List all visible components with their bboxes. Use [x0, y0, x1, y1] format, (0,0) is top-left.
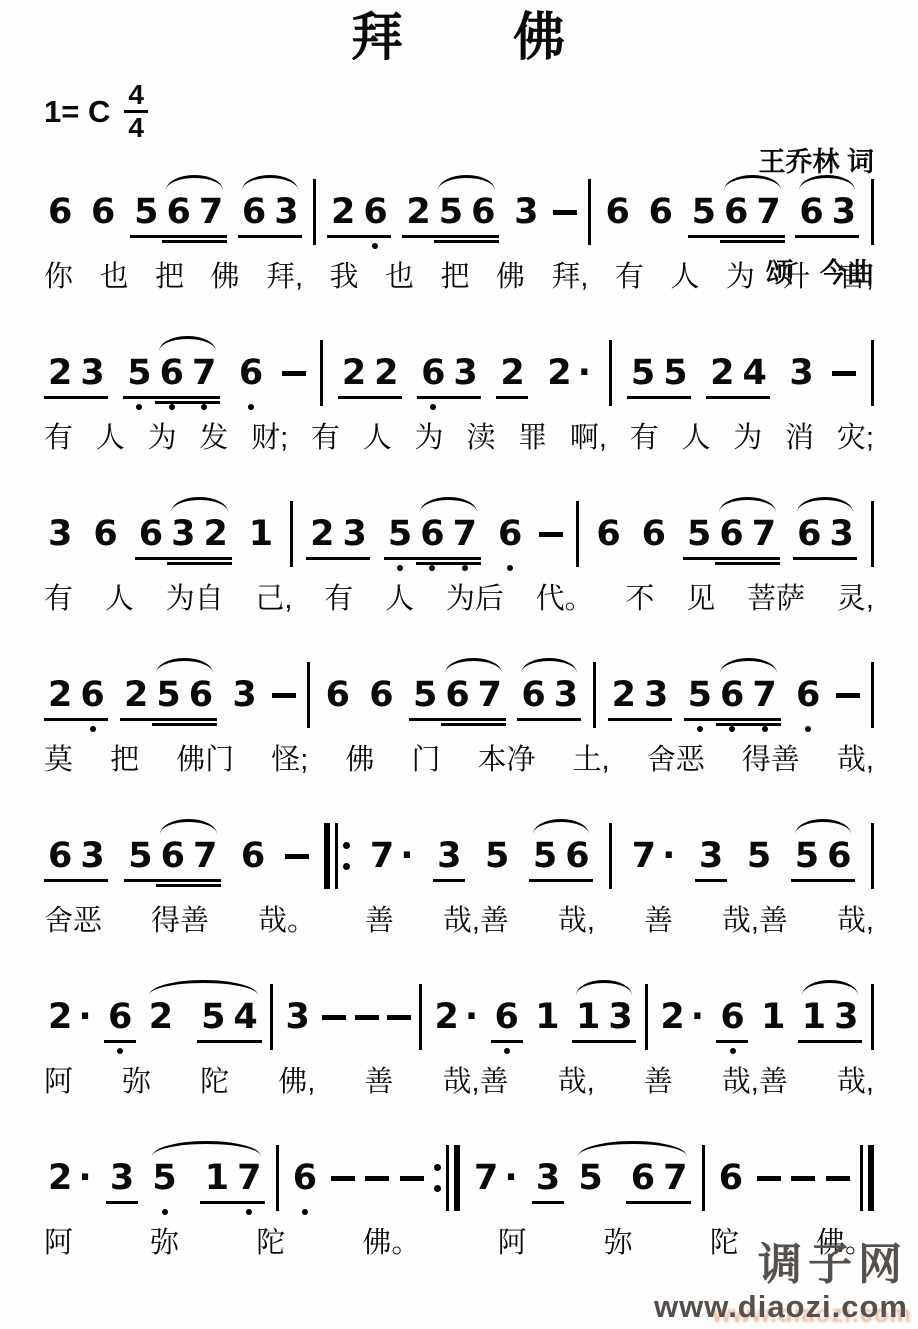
lyrics-line: 有人为发财;有人为渎罪啊,有人为消灾;: [44, 419, 874, 457]
lyric-syllable: 把: [110, 741, 139, 779]
slur-arc: [797, 497, 853, 515]
watermark-site-name: 调子网: [654, 1241, 908, 1289]
lyric-syllable: 为后: [446, 580, 504, 618]
note: 2: [120, 676, 152, 714]
note: 6: [638, 515, 670, 553]
note: 2·: [44, 998, 96, 1036]
note-group: 567: [124, 837, 221, 875]
lyric-syllable: 发: [199, 419, 228, 457]
note: 5: [683, 515, 715, 553]
repeat-dot: [434, 1164, 441, 1171]
time-signature: 4 4: [124, 80, 148, 143]
lyric-syllable: 人: [670, 258, 699, 296]
beam-underline: [200, 1201, 265, 1204]
beam-underline: [120, 718, 217, 721]
note-group: 6: [602, 193, 634, 231]
lyric-syllable: 也: [99, 258, 128, 296]
lyric-syllable: 人: [681, 419, 710, 457]
barline: [871, 340, 874, 406]
lyric-syllable: 把: [440, 258, 469, 296]
lyric-syllable: 有: [44, 580, 73, 618]
low-octave-dot: [302, 1209, 308, 1215]
note-group: 6: [645, 193, 677, 231]
notes-row: 3663212356766656763: [44, 490, 874, 578]
header-meta: 1= C 4 4 王乔林 词 颂 今曲: [44, 70, 874, 156]
note: 1: [245, 515, 277, 553]
low-octave-dot: [730, 1048, 736, 1054]
slur-arc: [171, 497, 228, 515]
lyric-syllable: 也: [385, 258, 414, 296]
note: 6: [716, 998, 748, 1036]
lyric-syllable: 你: [44, 258, 73, 296]
note-group: 6: [104, 998, 136, 1036]
lyric-syllable: 舍恶: [44, 902, 102, 940]
lyric-syllable: 人: [385, 580, 414, 618]
note: 7: [752, 193, 784, 231]
lyrics-line: 你也把佛拜,我也把佛拜,有人为升官,: [44, 258, 874, 296]
note-group: 6: [322, 676, 354, 714]
note: 5: [743, 837, 775, 875]
note: 7: [474, 676, 506, 714]
note-group: 63: [793, 515, 858, 553]
slur-arc: [149, 980, 258, 998]
lyric-syllable: 佛: [496, 258, 525, 296]
note: 5: [481, 837, 513, 875]
repeat-dot: [343, 842, 350, 849]
beam-underline: [720, 240, 785, 243]
note-group: 63: [795, 193, 860, 231]
note: 6: [365, 676, 397, 714]
lyric-syllable: 己,: [255, 580, 292, 618]
note: 6: [716, 676, 748, 714]
note: 6: [104, 998, 136, 1036]
note-group: 6: [491, 998, 523, 1036]
barline: [307, 662, 310, 728]
note: 6: [720, 193, 752, 231]
beam-underline: [156, 884, 221, 887]
note: 7·: [470, 1159, 522, 1197]
note-group: 13: [572, 998, 637, 1036]
notes-row: 66567632625636656763: [44, 168, 874, 256]
barline: [609, 340, 612, 406]
slur-arc: [445, 658, 502, 676]
note: 5: [148, 1159, 180, 1197]
barline: [576, 501, 579, 567]
note-group: 26: [327, 193, 392, 231]
beam-underline: [608, 718, 672, 721]
low-octave-dot: [169, 404, 175, 410]
lyric-syllable: 渎: [466, 419, 495, 457]
note: 5: [197, 998, 229, 1036]
note-group: 63: [417, 354, 482, 392]
note: 6: [322, 676, 354, 714]
note: 1: [531, 998, 563, 1036]
low-octave-dot: [507, 565, 513, 571]
lyric-syllable: 啊,: [570, 419, 607, 457]
note-group: 567: [574, 1159, 691, 1197]
lyric-syllable: 怪;: [271, 741, 308, 779]
slur-arc: [166, 175, 223, 193]
lyric-syllable: 哉,: [558, 902, 595, 940]
lyric-syllable: 哉,: [558, 1063, 595, 1101]
note-group: 6: [592, 515, 624, 553]
lyric-syllable: 有: [630, 419, 659, 457]
lyric-syllable: 弥: [150, 1224, 179, 1262]
notes-row: 2·625432·61132·6113: [44, 973, 874, 1061]
barline: [871, 823, 874, 889]
lyric-syllable: 灾;: [837, 419, 874, 457]
lyric-syllable: 财;: [251, 419, 288, 457]
score-line: 3663212356766656763有人为自己,有人为后代。不见菩萨灵,: [44, 490, 874, 618]
lyric-syllable: 陀: [256, 1224, 285, 1262]
duration-dash: [387, 1015, 411, 1020]
sheet-music-page: 拜 佛 1= C 4 4 王乔林 词 颂 今曲 6656763262563665…: [0, 8, 918, 1262]
slur-arc: [152, 1141, 261, 1159]
score-line: 235676226322·55243有人为发财;有人为渎罪啊,有人为消灾;: [44, 329, 874, 457]
beam-underline: [517, 718, 581, 721]
note-group: 567: [683, 515, 780, 553]
augmentation-dot: ·: [400, 837, 413, 875]
note-group: 6: [494, 515, 526, 553]
beam-underline: [135, 557, 232, 560]
score-line: 66567632625636656763你也把佛拜,我也把佛拜,有人为升官,: [44, 168, 874, 296]
note: 2: [706, 354, 738, 392]
note: 6: [416, 515, 448, 553]
note: 6: [715, 515, 747, 553]
beam-underline: [798, 1040, 862, 1043]
note: 2: [327, 193, 359, 231]
barline: [702, 1145, 705, 1211]
lyrics-line: 莫把佛门怪;佛门本净土,舍恶得善哉,: [44, 741, 874, 779]
note: 2: [338, 354, 370, 392]
low-octave-dot: [397, 565, 403, 571]
note: 5: [627, 354, 659, 392]
beam-underline: [683, 557, 780, 560]
lyric-syllable: 不: [625, 580, 654, 618]
note: 6: [715, 1159, 747, 1197]
note-group: 22: [338, 354, 403, 392]
note: 3: [433, 837, 465, 875]
note-group: 63: [44, 837, 109, 875]
note: 3: [281, 998, 313, 1036]
note-group: 3: [433, 837, 465, 875]
low-octave-dot: [805, 726, 811, 732]
beam-underline: [44, 718, 108, 721]
note-group: 6: [715, 1159, 747, 1197]
note: 3: [532, 1159, 564, 1197]
beam-underline: [167, 562, 232, 565]
note: 6: [417, 354, 449, 392]
note-group: 6: [235, 354, 267, 392]
barline: [871, 662, 874, 728]
note: 2: [402, 193, 434, 231]
beam-underline: [327, 235, 391, 238]
beam-underline: [441, 723, 506, 726]
lyric-syllable: 灵,: [837, 580, 874, 618]
final-barline: [860, 1145, 874, 1211]
low-octave-dot: [430, 404, 436, 410]
beam-underline: [626, 1201, 691, 1204]
note: 6: [237, 837, 269, 875]
low-octave-dot: [201, 404, 207, 410]
beam-underline: [532, 1201, 564, 1204]
note-group: 1: [531, 998, 563, 1036]
barline: [290, 501, 293, 567]
note: 3: [828, 193, 860, 231]
lyric-syllable: 哉,善: [722, 1063, 788, 1101]
lyric-syllable: 哉,善: [442, 1063, 508, 1101]
note-group: 7·: [470, 1159, 522, 1197]
note-group: 2·: [44, 998, 96, 1036]
note-group: 23: [44, 354, 109, 392]
beam-underline: [695, 879, 727, 882]
note: 3: [106, 1159, 138, 1197]
score: 66567632625636656763你也把佛拜,我也把佛拜,有人为升官,23…: [44, 168, 874, 1262]
low-octave-dot: [136, 404, 142, 410]
lyric-syllable: 拜,: [551, 258, 588, 296]
note-group: 6: [44, 193, 76, 231]
note-group: 63: [517, 676, 582, 714]
note: 6: [792, 676, 824, 714]
note-group: 5: [743, 837, 775, 875]
lyric-syllable: 拜,: [266, 258, 303, 296]
low-octave-dot: [429, 565, 435, 571]
lyric-syllable: 善: [364, 1063, 393, 1101]
slur-arc: [720, 658, 777, 676]
low-octave-dot: [117, 1048, 123, 1054]
note-group: 2·: [543, 354, 595, 392]
beam-underline: [684, 718, 781, 721]
beam-underline: [123, 396, 220, 399]
note: 6: [602, 193, 634, 231]
augmentation-dot: ·: [578, 354, 591, 392]
beam-underline: [529, 879, 593, 882]
notes-row: 2·351767·35676: [44, 1134, 874, 1222]
time-signature-top: 4: [124, 80, 148, 113]
beam-underline: [155, 401, 220, 404]
note: 2: [199, 515, 231, 553]
note: 3: [449, 354, 481, 392]
low-octave-dot: [729, 726, 735, 732]
note: 2: [608, 676, 640, 714]
lyric-syllable: 官,: [837, 258, 874, 296]
lyric-syllable: 土,: [573, 741, 610, 779]
duration-dash: [553, 210, 577, 215]
repeat-dots: [343, 842, 350, 870]
repeat-dots: [434, 1164, 441, 1192]
note-group: 6: [237, 837, 269, 875]
repeat-dot: [343, 863, 350, 870]
duration-dash: [400, 1176, 424, 1181]
beam-underline: [433, 879, 465, 882]
augmentation-dot: ·: [78, 1159, 91, 1197]
low-octave-dot: [762, 726, 768, 732]
note: 6: [44, 837, 76, 875]
beam-underline: [627, 396, 691, 399]
note: 2: [306, 515, 338, 553]
lyric-syllable: 有: [311, 419, 340, 457]
note: 6: [517, 676, 549, 714]
notes-row: 6356767·35567·3556: [44, 812, 874, 900]
note: 7: [188, 354, 220, 392]
lyric-syllable: 我: [329, 258, 358, 296]
note: 6: [238, 193, 270, 231]
note-group: 26: [44, 676, 109, 714]
note: 6: [494, 515, 526, 553]
note-group: 23: [608, 676, 673, 714]
note: 3: [167, 515, 199, 553]
note: 5: [409, 676, 441, 714]
duration-dash: [272, 693, 296, 698]
beam-underline: [384, 557, 481, 560]
note: 3: [604, 998, 636, 1036]
beam-underline: [130, 235, 227, 238]
low-octave-dot: [246, 1209, 252, 1215]
note-group: 56: [791, 837, 856, 875]
lyric-syllable: 阿: [44, 1063, 73, 1101]
duration-dash: [826, 1176, 850, 1181]
note: 5: [688, 193, 720, 231]
lyric-syllable: 代。: [536, 580, 594, 618]
note-group: 632: [135, 515, 232, 553]
lyric-syllable: 弥: [604, 1224, 633, 1262]
beam-underline: [197, 1040, 262, 1043]
lyric-syllable: 弥: [122, 1063, 151, 1101]
barline: [270, 984, 273, 1050]
augmentation-dot: ·: [465, 998, 478, 1036]
duration-dash: [322, 1015, 346, 1020]
note-group: 256: [402, 193, 499, 231]
augmentation-dot: ·: [662, 837, 675, 875]
barline: [871, 179, 874, 245]
note: 2·: [543, 354, 595, 392]
lyric-syllable: 哉,: [837, 902, 874, 940]
note-group: 7·: [366, 837, 418, 875]
note: 6: [561, 837, 593, 875]
note-group: 567: [130, 193, 227, 231]
note: 3: [640, 676, 672, 714]
note-group: 6: [289, 1159, 321, 1197]
thick-bar: [454, 1145, 460, 1211]
slur-arc: [521, 658, 577, 676]
barline: [313, 179, 316, 245]
beam-underline: [106, 1201, 138, 1204]
note-group: 567: [688, 193, 785, 231]
duration-dash: [539, 532, 563, 537]
note: 5: [529, 837, 561, 875]
note: 6: [185, 676, 217, 714]
note-group: 56: [529, 837, 594, 875]
lyric-syllable: 阿: [498, 1224, 527, 1262]
time-signature-bottom: 4: [124, 113, 148, 143]
beam-underline: [152, 723, 217, 726]
note-group: 2·: [656, 998, 708, 1036]
duration-dash: [285, 854, 309, 859]
note: 7: [748, 515, 780, 553]
note: 5: [124, 837, 156, 875]
beam-underline: [706, 396, 770, 399]
note-group: 6: [365, 676, 397, 714]
note-group: 63: [238, 193, 303, 231]
slur-arc: [438, 175, 495, 193]
slur-arc: [576, 980, 632, 998]
note-group: 3: [532, 1159, 564, 1197]
note-group: 13: [798, 998, 863, 1036]
thin-bar: [446, 1145, 449, 1211]
lyric-syllable: 哉,善: [722, 902, 788, 940]
lyric-syllable: 人: [105, 580, 134, 618]
beam-underline: [409, 718, 506, 721]
lyric-syllable: 佛: [210, 258, 239, 296]
note: 6: [289, 1159, 321, 1197]
note: 5: [574, 1159, 606, 1197]
note: 6: [44, 193, 76, 231]
note: 3: [44, 515, 76, 553]
note: 1: [757, 998, 789, 1036]
note-group: 55: [627, 354, 692, 392]
barline: [320, 340, 323, 406]
lyric-syllable: 有: [44, 419, 73, 457]
repeat-dot: [434, 1185, 441, 1192]
beam-underline: [496, 396, 528, 399]
note: 3: [825, 515, 857, 553]
note: 6: [491, 998, 523, 1036]
note-group: 3: [106, 1159, 138, 1197]
low-octave-dot: [462, 565, 468, 571]
duration-dash: [836, 693, 860, 698]
notes-row: 2625636656763235676: [44, 651, 874, 739]
duration-dash: [365, 1176, 389, 1181]
note: 6: [592, 515, 624, 553]
note-group: 3: [281, 998, 313, 1036]
lyrics-line: 舍恶得善哉。善哉,善哉,善哉,善哉,: [44, 902, 874, 940]
score-line: 2·625432·61132·6113阿弥陀佛,善哉,善哉,善哉,善哉,: [44, 973, 874, 1101]
beam-underline: [491, 1040, 523, 1043]
lyric-syllable: 舍恶: [647, 741, 705, 779]
note: 6: [823, 837, 855, 875]
note-group: 3: [785, 354, 817, 392]
note-group: 6: [89, 515, 121, 553]
beam-underline: [795, 235, 859, 238]
lyric-syllable: 善: [365, 902, 394, 940]
low-octave-dot: [248, 404, 254, 410]
note: 6: [87, 193, 119, 231]
note: 2·: [431, 998, 483, 1036]
beam-underline: [124, 879, 221, 882]
duration-dash: [757, 1176, 781, 1181]
lyric-syllable: 陀: [200, 1063, 229, 1101]
beam-underline: [238, 235, 302, 238]
note: 6: [645, 193, 677, 231]
repeat-end: [434, 1145, 460, 1211]
note: 5: [435, 193, 467, 231]
lyric-syllable: 佛门: [176, 741, 234, 779]
slur-arc: [802, 980, 858, 998]
beam-underline: [715, 562, 780, 565]
note: 2: [370, 354, 402, 392]
beam-underline: [402, 235, 499, 238]
lyrics-line: 有人为自己,有人为后代。不见菩萨灵,: [44, 580, 874, 618]
note-group: 23: [306, 515, 371, 553]
note: 5: [384, 515, 416, 553]
note-group: 517: [148, 1159, 265, 1197]
beam-underline: [104, 1040, 136, 1043]
note: 6: [441, 676, 473, 714]
note: 2·: [656, 998, 708, 1036]
note-group: 256: [120, 676, 217, 714]
thin-bar: [860, 1145, 863, 1211]
note: 1: [201, 1159, 233, 1197]
